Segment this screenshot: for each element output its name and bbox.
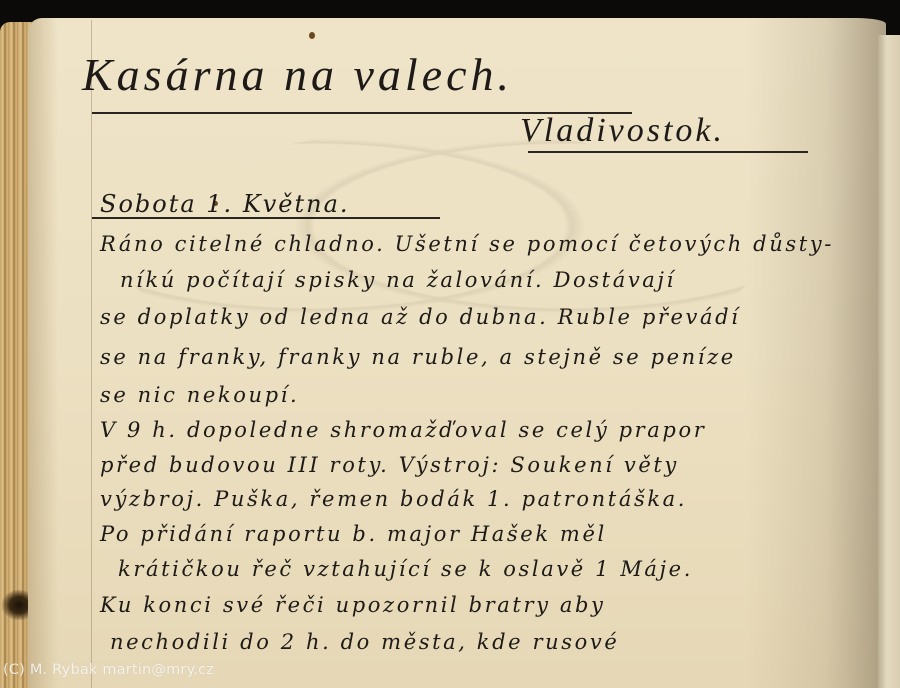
subtitle-underline (528, 151, 808, 153)
text-line: se na franky, franky na ruble, a stejně … (100, 345, 736, 369)
text-line: V 9 h. dopoledne shromažďoval se celý pr… (100, 418, 706, 442)
copyright-watermark: (C) M. Rybak martin@mry.cz (3, 662, 214, 678)
margin-line (91, 20, 92, 688)
text-line: níkú počítají spisky na žalování. Dostáv… (120, 268, 676, 292)
text-line: nechodili do 2 h. do města, kde rusové (110, 630, 619, 654)
text-line: se nic nekoupí. (100, 383, 299, 407)
date-underline (92, 217, 440, 219)
text-line: výzbroj. Puška, řemen bodák 1. patrontáš… (100, 487, 687, 511)
text-line: se doplatky od ledna až do dubna. Ruble … (100, 305, 741, 329)
text-line: krátičkou řeč vztahující se k oslavě 1 M… (118, 557, 693, 581)
date-heading: Sobota 1. Května. (100, 190, 350, 218)
page-title: Kasárna na valech. (82, 48, 513, 101)
facing-page-edge (878, 35, 900, 688)
location-subtitle: Vladivostok. (520, 112, 725, 150)
text-line: Ku konci své řeči upozornil bratry aby (100, 593, 605, 617)
text-line: před budovou III roty. Výstroj: Soukení … (100, 453, 679, 477)
text-line: Ráno citelné chladno. Ušetní se pomocí č… (100, 232, 834, 256)
text-line: Po přidání raportu b. major Hašek měl (100, 522, 607, 546)
ink-spot (309, 32, 315, 39)
